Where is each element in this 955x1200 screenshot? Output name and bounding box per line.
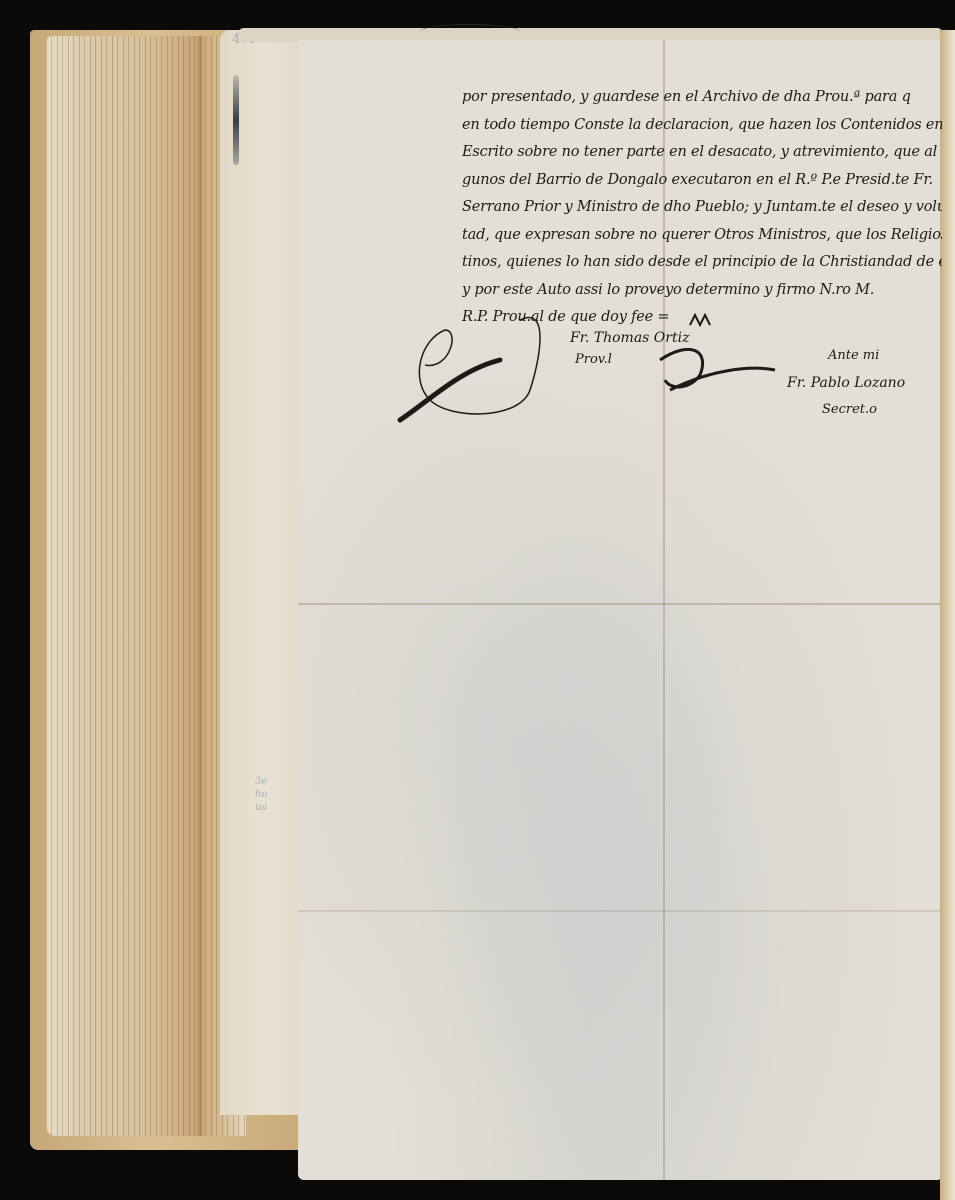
margin-note: ua bbox=[255, 801, 295, 814]
signature-title: Prov.l bbox=[575, 352, 612, 367]
signature-title: Secret.o bbox=[822, 402, 877, 417]
text-line: tad, que expresan sobre no querer Otros … bbox=[462, 222, 942, 250]
manuscript-text: por presentado, y guardese en el Archivo… bbox=[462, 84, 942, 332]
text-line: gunos del Barrio de Dongalo executaron e… bbox=[462, 167, 942, 195]
signature-name: Fr. Thomas Ortiz bbox=[570, 330, 689, 346]
text-line: Escrito sobre no tener parte en el desac… bbox=[462, 139, 942, 167]
next-leaf-edge bbox=[940, 30, 955, 1200]
signature-name: Fr. Pablo Lozano bbox=[787, 375, 905, 391]
text-line: por presentado, y guardese en el Archivo… bbox=[462, 84, 942, 112]
ink-stain bbox=[233, 75, 239, 165]
margin-notes: 3e ho ua bbox=[255, 775, 295, 814]
signature-attestation: Ante mi bbox=[828, 348, 879, 363]
margin-note: ho bbox=[255, 788, 295, 801]
archive-stamp bbox=[420, 24, 520, 39]
stacked-page-edges bbox=[46, 36, 246, 1136]
text-line: tinos, quienes lo han sido desde el prin… bbox=[462, 249, 942, 277]
signature-flourish-icon bbox=[390, 300, 810, 440]
text-line: Serrano Prior y Ministro de dho Pueblo; … bbox=[462, 194, 942, 222]
text-line: en todo tiempo Conste la declaracion, qu… bbox=[462, 112, 942, 140]
margin-note: 3e bbox=[255, 775, 295, 788]
underlying-leaf: 473 bbox=[220, 30, 310, 1115]
